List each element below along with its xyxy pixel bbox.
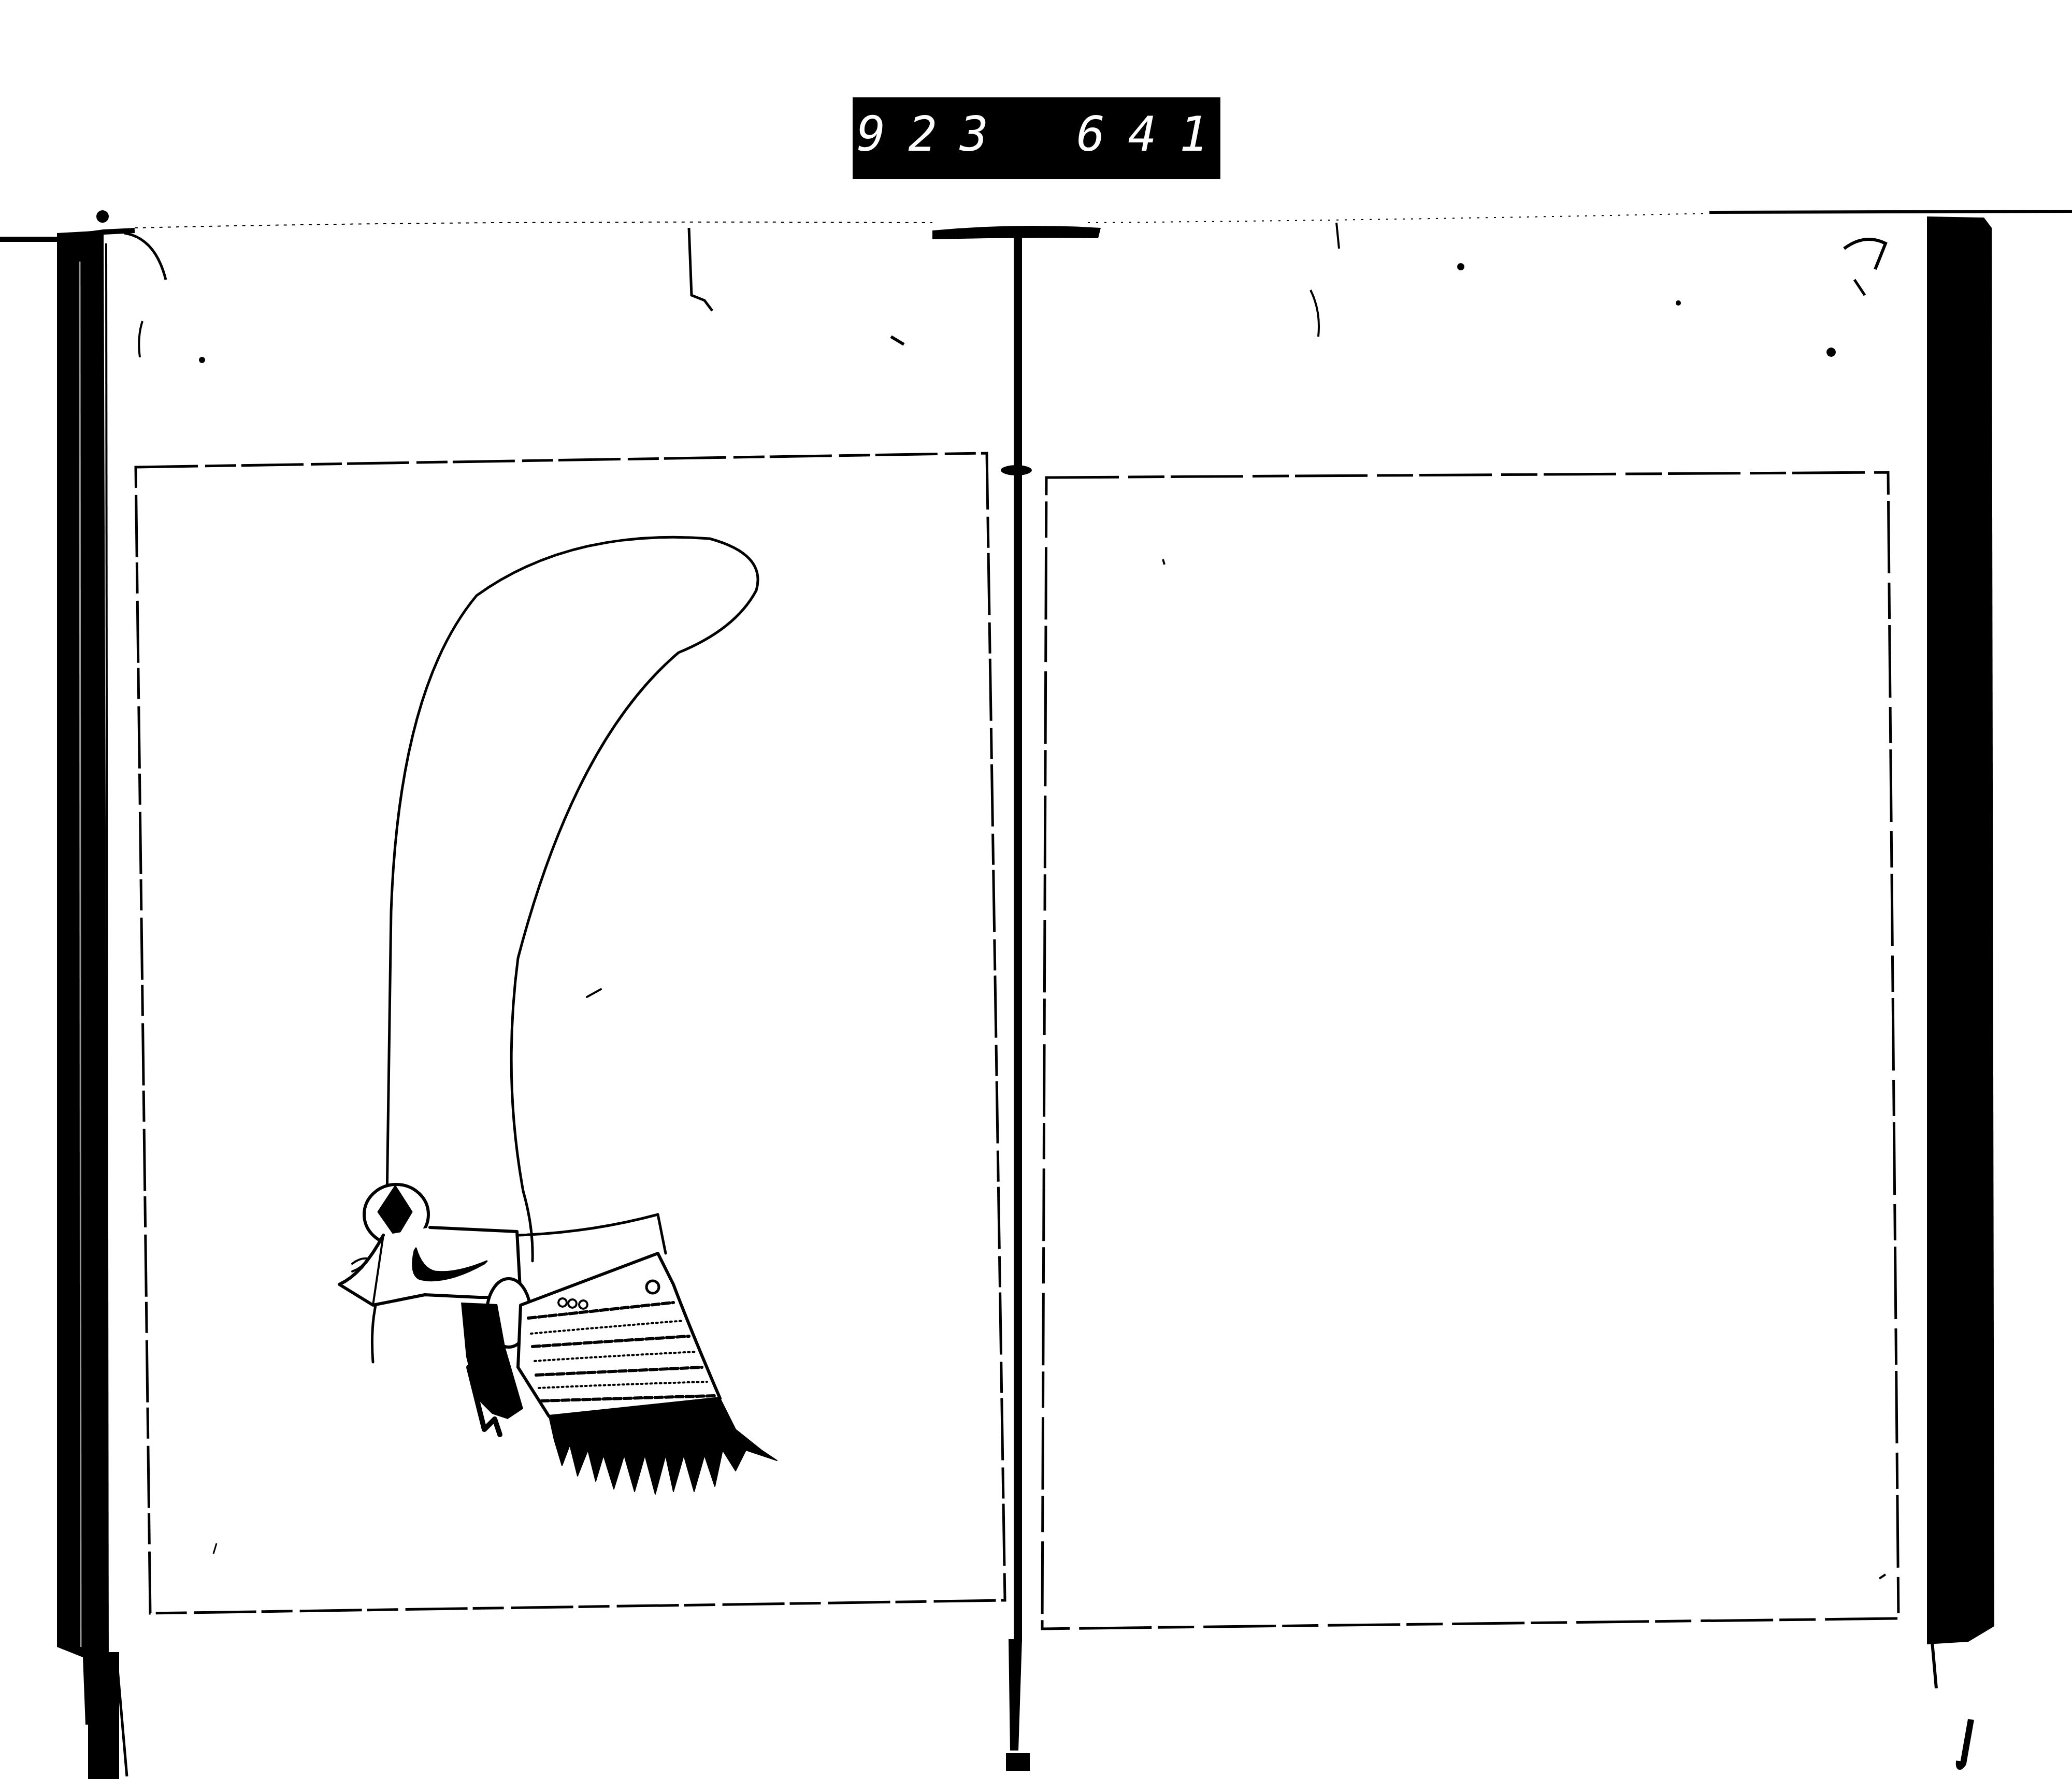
catalog-number-left: 923 <box>857 111 1011 158</box>
helmet-illustration <box>339 537 777 1494</box>
right-book-edge <box>1927 216 1994 1767</box>
right-page-frame <box>1042 472 1898 1629</box>
left-book-edge <box>57 210 127 1779</box>
center-spine <box>932 226 1101 1771</box>
book-spread: 923 641. <box>0 0 2072 1779</box>
scan-specks <box>124 223 1886 1579</box>
catalog-number-right: 641. <box>1076 111 1283 158</box>
book-spread-drawing <box>0 0 2072 1779</box>
catalog-number-label: 923 641. <box>853 97 1220 179</box>
